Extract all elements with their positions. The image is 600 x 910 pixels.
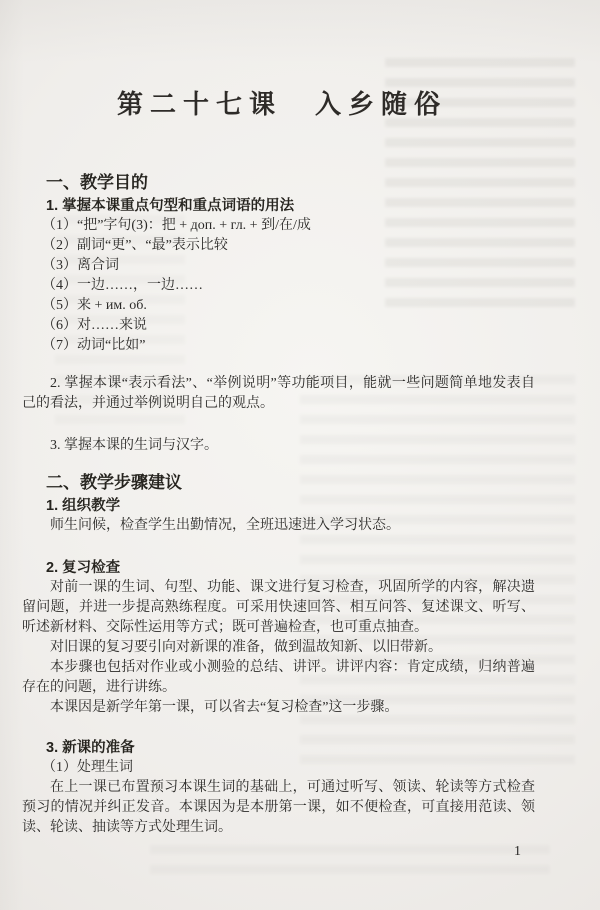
objective-2-paragraph: 2. 掌握本课“表示看法”、“举例说明”等功能项目，能就一些问题简单地发表自己的… — [22, 374, 535, 414]
step-2-paragraph-4: 本课因是新学年第一课，可以省去“复习检查”这一步骤。 — [22, 698, 535, 718]
grammar-point-6: （6）对……来说 — [22, 316, 535, 336]
section-steps-heading: 二、教学步骤建议 — [22, 472, 535, 494]
grammar-point-5: （5）来 + им. об. — [22, 296, 535, 316]
grammar-point-7: （7）动词“比如” — [22, 336, 535, 356]
step-2-heading: 2. 复习检查 — [22, 558, 535, 578]
grammar-point-4: （4）一边……，一边…… — [22, 276, 535, 296]
step-3-heading: 3. 新课的准备 — [22, 738, 535, 758]
step-1-heading: 1. 组织教学 — [22, 496, 535, 516]
step-2-paragraph-3: 本步骤也包括对作业或小测验的总结、讲评。讲评内容：肯定成绩，归纳普遍存在的问题，… — [22, 658, 535, 698]
lesson-title: 第二十七课 入乡随俗 — [22, 88, 535, 122]
step-2-paragraph-2: 对旧课的复习要引向对新课的准备，做到温故知新、以旧带新。 — [22, 638, 535, 658]
section-objectives-heading: 一、教学目的 — [22, 172, 535, 194]
step-3-text: 在上一课已布置预习本课生词的基础上，可通过听写、领读、轮读等方式检查预习的情况并… — [22, 778, 535, 838]
objective-3-paragraph: 3. 掌握本课的生词与汉字。 — [22, 436, 535, 456]
grammar-point-3: （3）离合词 — [22, 256, 535, 276]
grammar-point-2: （2）副词“更”、“最”表示比较 — [22, 236, 535, 256]
page-number: 1 — [22, 842, 535, 862]
step-2-paragraph-1: 对前一课的生词、句型、功能、课文进行复习检查，巩固所学的内容，解决遗留问题，并进… — [22, 578, 535, 638]
page-content: 第二十七课 入乡随俗 一、教学目的 1. 掌握本课重点句型和重点词语的用法 （1… — [22, 88, 535, 862]
step-1-text: 师生问候，检查学生出勤情况，全班迅速进入学习状态。 — [22, 516, 535, 536]
objective-1-heading: 1. 掌握本课重点句型和重点词语的用法 — [22, 196, 535, 216]
grammar-point-1: （1）“把”字句(3)：把 + доп. + гл. + 到/在/成 — [22, 216, 535, 236]
scanned-textbook-page: 第二十七课 入乡随俗 一、教学目的 1. 掌握本课重点句型和重点词语的用法 （1… — [0, 0, 600, 910]
step-3-subitem: （1）处理生词 — [22, 758, 535, 778]
